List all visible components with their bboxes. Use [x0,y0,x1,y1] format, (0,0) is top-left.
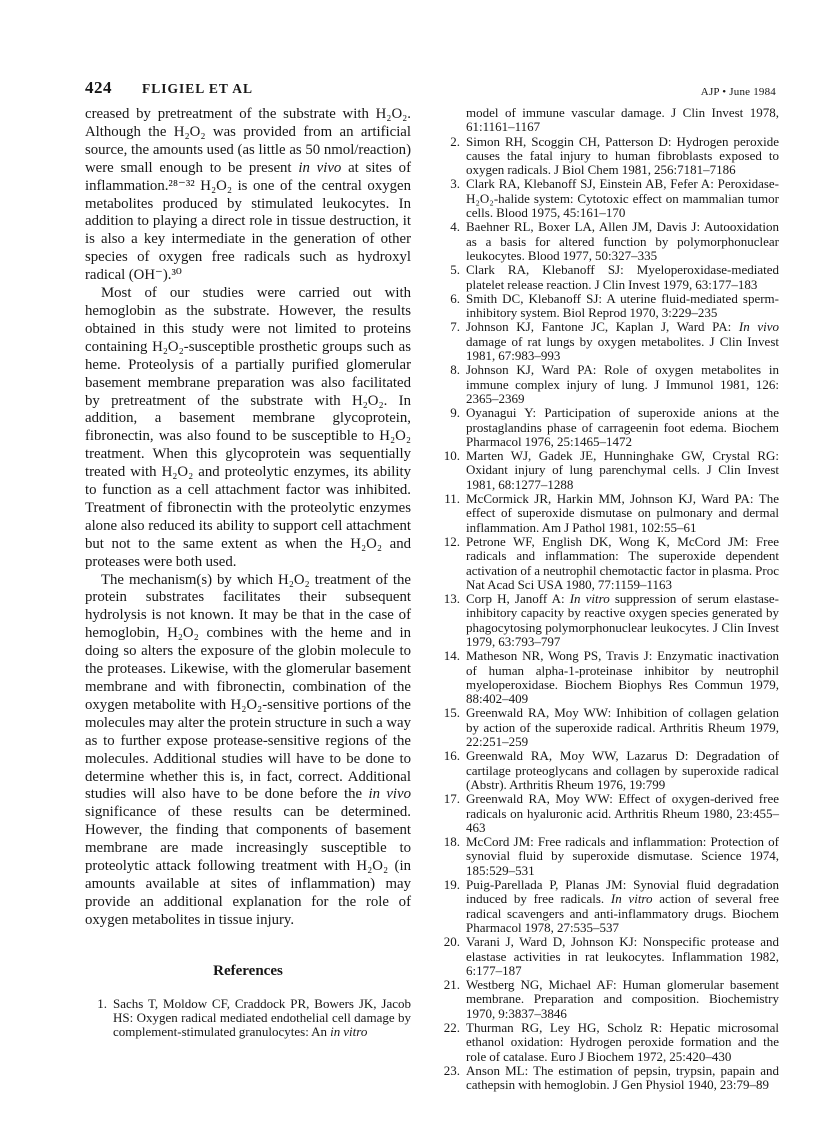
references-heading: References [85,963,411,980]
reference-number: 13. [437,592,460,606]
reference-number: 14. [437,649,460,663]
reference-number: 11. [437,492,460,506]
reference-text: Petrone WF, English DK, Wong K, McCord J… [466,535,779,592]
reference-text: McCord JM: Free radicals and inflammatio… [466,835,779,878]
reference-number: 9. [437,406,460,420]
reference-text: McCormick JR, Harkin MM, Johnson KJ, War… [466,492,779,535]
reference-number: 19. [437,878,460,892]
page-header-left: 424 FLIGIEL ET AL [85,78,253,98]
left-column: creased by pretreatment of the substrate… [85,106,411,1040]
reference-text: Clark RA, Klebanoff SJ, Einstein AB, Fef… [466,177,779,220]
reference-number: 6. [437,292,460,306]
reference-text: Smith DC, Klebanoff SJ: A uterine fluid-… [466,292,779,321]
reference-number: 4. [437,220,460,234]
reference-item: 1. Sachs T, Moldow CF, Craddock PR, Bowe… [85,997,411,1040]
reference-item: 13. Corp H, Janoff A: In vitro suppressi… [437,592,779,649]
reference-text: Anson ML: The estimation of pepsin, tryp… [466,1064,779,1093]
reference-text: Varani J, Ward D, Johnson KJ: Nonspecifi… [466,935,779,978]
reference-text: Clark RA, Klebanoff SJ: Myeloperoxidase-… [466,263,779,292]
reference-item: 11. McCormick JR, Harkin MM, Johnson KJ,… [437,492,779,535]
running-head: FLIGIEL ET AL [142,81,253,97]
reference-number: 15. [437,706,460,720]
reference-number: 2. [437,135,460,149]
reference-text: Westberg NG, Michael AF: Human glomerula… [466,978,779,1021]
reference-number: 23. [437,1064,460,1078]
body-paragraph: Most of our studies were carried out wit… [85,285,411,572]
reference-item: 17. Greenwald RA, Moy WW: Effect of oxyg… [437,792,779,835]
reference-item: 4. Baehner RL, Boxer LA, Allen JM, Davis… [437,220,779,263]
reference-number: 21. [437,978,460,992]
reference-number: 22. [437,1021,460,1035]
references-list-right: 2. Simon RH, Scoggin CH, Patterson D: Hy… [437,135,779,1093]
reference-item: 23. Anson ML: The estimation of pepsin, … [437,1064,779,1093]
reference-item: 6. Smith DC, Klebanoff SJ: A uterine flu… [437,292,779,321]
reference-text: Oyanagui Y: Participation of superoxide … [466,406,779,449]
reference-item: 10. Marten WJ, Gadek JE, Hunninghake GW,… [437,449,779,492]
body-paragraph: creased by pretreatment of the substrate… [85,106,411,285]
reference-text: Marten WJ, Gadek JE, Hunninghake GW, Cry… [466,449,779,492]
reference-number: 20. [437,935,460,949]
page-number: 424 [85,78,112,98]
reference-item: 12. Petrone WF, English DK, Wong K, McCo… [437,535,779,592]
reference-text: Simon RH, Scoggin CH, Patterson D: Hydro… [466,135,779,178]
reference-text: Greenwald RA, Moy WW: Inhibition of coll… [466,706,779,749]
reference-text: Corp H, Janoff A: In vitro suppression o… [466,592,779,649]
journal-issue-line: AJP • June 1984 [701,86,776,98]
reference-text: Greenwald RA, Moy WW, Lazarus D: Degrada… [466,749,779,792]
reference-item: 18. McCord JM: Free radicals and inflamm… [437,835,779,878]
reference-item: 19. Puig-Parellada P, Planas JM: Synovia… [437,878,779,935]
reference-number: 7. [437,320,460,334]
reference-number: 3. [437,177,460,191]
reference-number: 10. [437,449,460,463]
reference-text: Greenwald RA, Moy WW: Effect of oxygen-d… [466,792,779,835]
body-paragraph: The mechanism(s) by which H₂O₂ treatment… [85,572,411,930]
right-column: model of immune vascular damage. J Clin … [437,106,779,1092]
journal-page: 424 FLIGIEL ET AL AJP • June 1984 crease… [0,0,816,1130]
reference-item: 2. Simon RH, Scoggin CH, Patterson D: Hy… [437,135,779,178]
reference-text: Sachs T, Moldow CF, Craddock PR, Bowers … [113,997,411,1040]
reference-number: 1. [85,997,107,1011]
reference-item: 16. Greenwald RA, Moy WW, Lazarus D: Deg… [437,749,779,792]
reference-text: Johnson KJ, Fantone JC, Kaplan J, Ward P… [466,320,779,363]
reference-item: 14. Matheson NR, Wong PS, Travis J: Enzy… [437,649,779,706]
reference-number: 16. [437,749,460,763]
reference-item: 8. Johnson KJ, Ward PA: Role of oxygen m… [437,363,779,406]
reference-text: Matheson NR, Wong PS, Travis J: Enzymati… [466,649,779,706]
reference-text: Puig-Parellada P, Planas JM: Synovial fl… [466,878,779,935]
reference-number: 5. [437,263,460,277]
reference-text: Thurman RG, Ley HG, Scholz R: Hepatic mi… [466,1021,779,1064]
reference-item: 5. Clark RA, Klebanoff SJ: Myeloperoxida… [437,263,779,292]
reference-item: 22. Thurman RG, Ley HG, Scholz R: Hepati… [437,1021,779,1064]
reference-continuation: model of immune vascular damage. J Clin … [466,106,779,135]
reference-item: 21. Westberg NG, Michael AF: Human glome… [437,978,779,1021]
reference-text: Johnson KJ, Ward PA: Role of oxygen meta… [466,363,779,406]
reference-number: 18. [437,835,460,849]
reference-text: Baehner RL, Boxer LA, Allen JM, Davis J:… [466,220,779,263]
reference-item: 20. Varani J, Ward D, Johnson KJ: Nonspe… [437,935,779,978]
reference-item: 9. Oyanagui Y: Participation of superoxi… [437,406,779,449]
reference-number: 17. [437,792,460,806]
references-list-left: 1. Sachs T, Moldow CF, Craddock PR, Bowe… [85,997,411,1040]
reference-number: 12. [437,535,460,549]
reference-item: 15. Greenwald RA, Moy WW: Inhibition of … [437,706,779,749]
reference-number: 8. [437,363,460,377]
reference-item: 7. Johnson KJ, Fantone JC, Kaplan J, War… [437,320,779,363]
reference-item: 3. Clark RA, Klebanoff SJ, Einstein AB, … [437,177,779,220]
